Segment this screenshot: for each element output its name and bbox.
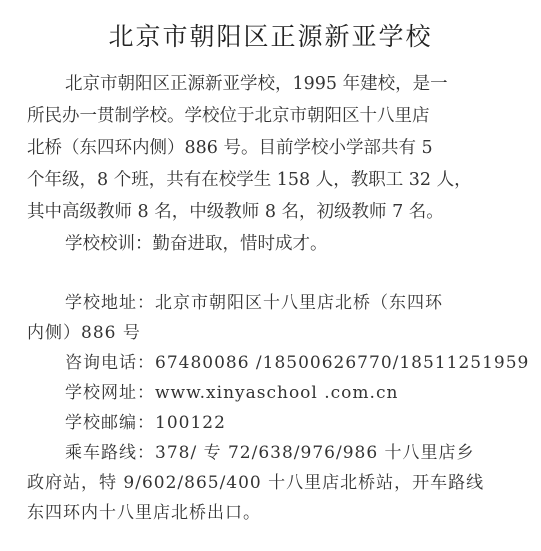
school-motto: 学校校训：勤奋进取，惜时成才。 [65, 230, 328, 255]
intro-line: 北京市朝阳区正源新亚学校，1995 年建校，是一 [65, 70, 448, 95]
page-title: 北京市朝阳区正源新亚学校 [0, 17, 541, 53]
website-line: 学校网址：www.xinyaschool .com.cn [65, 378, 398, 403]
intro-line: 个年级，8 个班，共有在校学生 158 人，教职工 32 人， [27, 166, 472, 191]
transit-line: 乘车路线：378/ 专 72/638/976/986 十八里店乡 [65, 438, 475, 463]
intro-line: 其中高级教师 8 名，中级教师 8 名，初级教师 7 名。 [27, 198, 444, 223]
address-line: 学校地址：北京市朝阳区十八里店北桥（东四环 [65, 288, 443, 313]
transit-line: 东四环内十八里店北桥出口。 [27, 498, 261, 523]
postcode-line: 学校邮编：100122 [65, 408, 226, 433]
intro-line: 所民办一贯制学校。学校位于北京市朝阳区十八里店 [27, 102, 430, 127]
phone-line: 咨询电话：67480086 /18500626770/18511251959 [65, 348, 529, 373]
address-line: 内侧）886 号 [27, 318, 141, 343]
transit-line: 政府站，特 9/602/865/400 十八里店北桥站，开车路线 [27, 468, 484, 493]
intro-line: 北桥（东四环内侧）886 号。目前学校小学部共有 5 [27, 134, 433, 159]
